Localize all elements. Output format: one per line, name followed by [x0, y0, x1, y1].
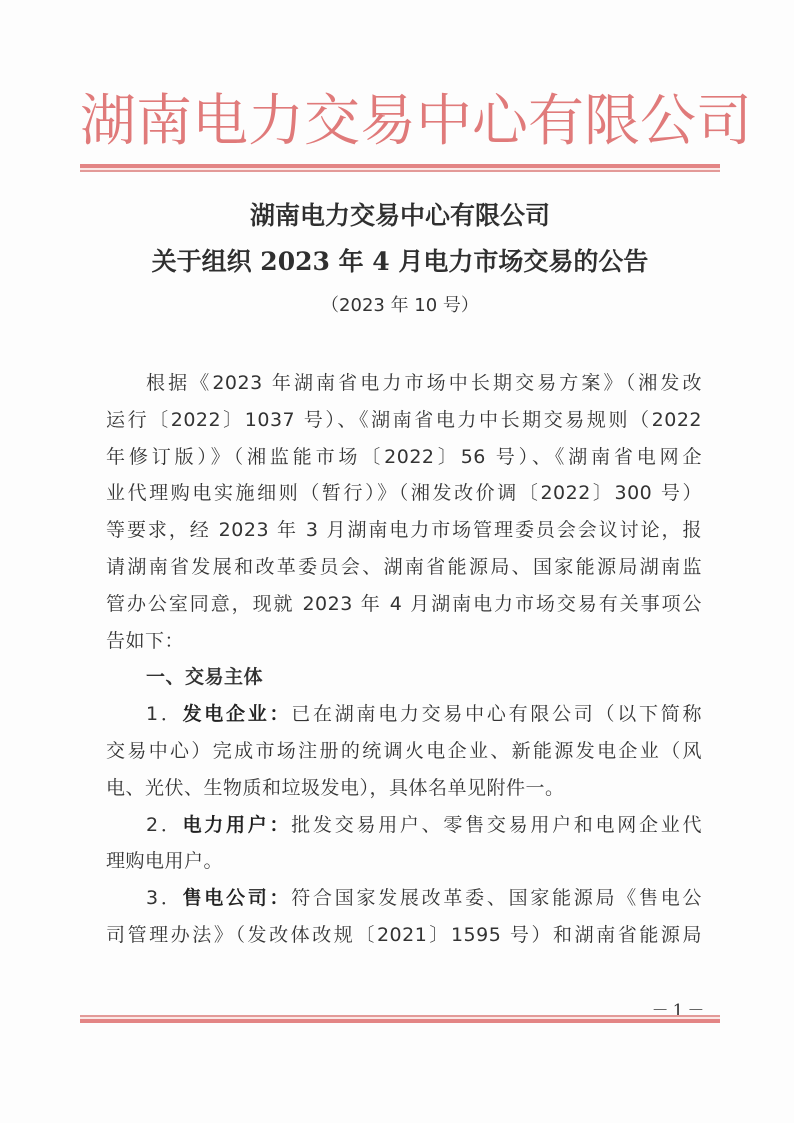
item-label: 售电公司： — [183, 887, 292, 909]
body-line: 请湖南省发展和改革委员会、湖南省能源局、国家能源局湖南监 — [106, 549, 702, 586]
item-text: 批发交易用户、零售交易用户和电网企业代 — [291, 814, 702, 836]
item-label: 电力用户： — [183, 814, 292, 836]
divider-thin-line — [80, 170, 720, 172]
list-item-first-line: 3．售电公司：符合国家发展改革委、国家能源局《售电公 — [106, 880, 702, 917]
body-line: 管办公室同意，现就 2023 年 4 月湖南电力市场交易有关事项公 — [106, 586, 702, 623]
footer-divider — [80, 1015, 720, 1023]
list-item-first-line: 1．发电企业：已在湖南电力交易中心有限公司（以下简称 — [106, 696, 702, 733]
body-line: 电、光伏、生物质和垃圾发电），具体名单见附件一。 — [106, 770, 702, 807]
body-line: 运行〔2022〕1037 号）、《湖南省电力中长期交易规则（2022 — [106, 402, 702, 439]
item-text: 符合国家发展改革委、国家能源局《售电公 — [291, 887, 702, 909]
document-title-line1: 湖南电力交易中心有限公司 — [80, 198, 720, 234]
body-line: 理购电用户。 — [106, 843, 702, 880]
document-page: 湖南电力交易中心有限公司 湖南电力交易中心有限公司 关于组织 2023 年 4 … — [0, 0, 794, 1123]
divider-thick-line — [80, 1019, 720, 1023]
item-text: 已在湖南电力交易中心有限公司（以下简称 — [291, 703, 702, 725]
item-label: 发电企业： — [183, 703, 292, 725]
document-title-line2: 关于组织 2023 年 4 月电力市场交易的公告 — [80, 244, 720, 280]
item-number: 3． — [146, 887, 183, 909]
body-line: 司管理办法》（发改体改规〔2021〕1595 号）和湖南省能源局 — [106, 917, 702, 954]
body-line: 交易中心）完成市场注册的统调火电企业、新能源发电企业（风 — [106, 733, 702, 770]
body-line: 年修订版）》（湘监能市场〔2022〕56 号）、《湖南省电网企 — [106, 439, 702, 476]
item-number: 1． — [146, 703, 183, 725]
body-line: 根据《2023 年湖南省电力市场中长期交易方案》（湘发改 — [106, 365, 702, 402]
section-heading: 一、交易主体 — [106, 659, 702, 696]
list-item-first-line: 2．电力用户：批发交易用户、零售交易用户和电网企业代 — [106, 807, 702, 844]
letterhead-title: 湖南电力交易中心有限公司 — [80, 82, 720, 162]
body-line: 等要求，经 2023 年 3 月湖南电力市场管理委员会会议讨论，报 — [106, 512, 702, 549]
document-body: 根据《2023 年湖南省电力市场中长期交易方案》（湘发改 运行〔2022〕103… — [106, 365, 702, 954]
body-line: 业代理购电实施细则（暂行）》（湘发改价调〔2022〕300 号） — [106, 475, 702, 512]
item-number: 2． — [146, 814, 183, 836]
document-number: （2023 年 10 号） — [80, 293, 720, 319]
body-line: 告如下： — [106, 623, 702, 660]
letterhead-divider — [80, 164, 720, 172]
